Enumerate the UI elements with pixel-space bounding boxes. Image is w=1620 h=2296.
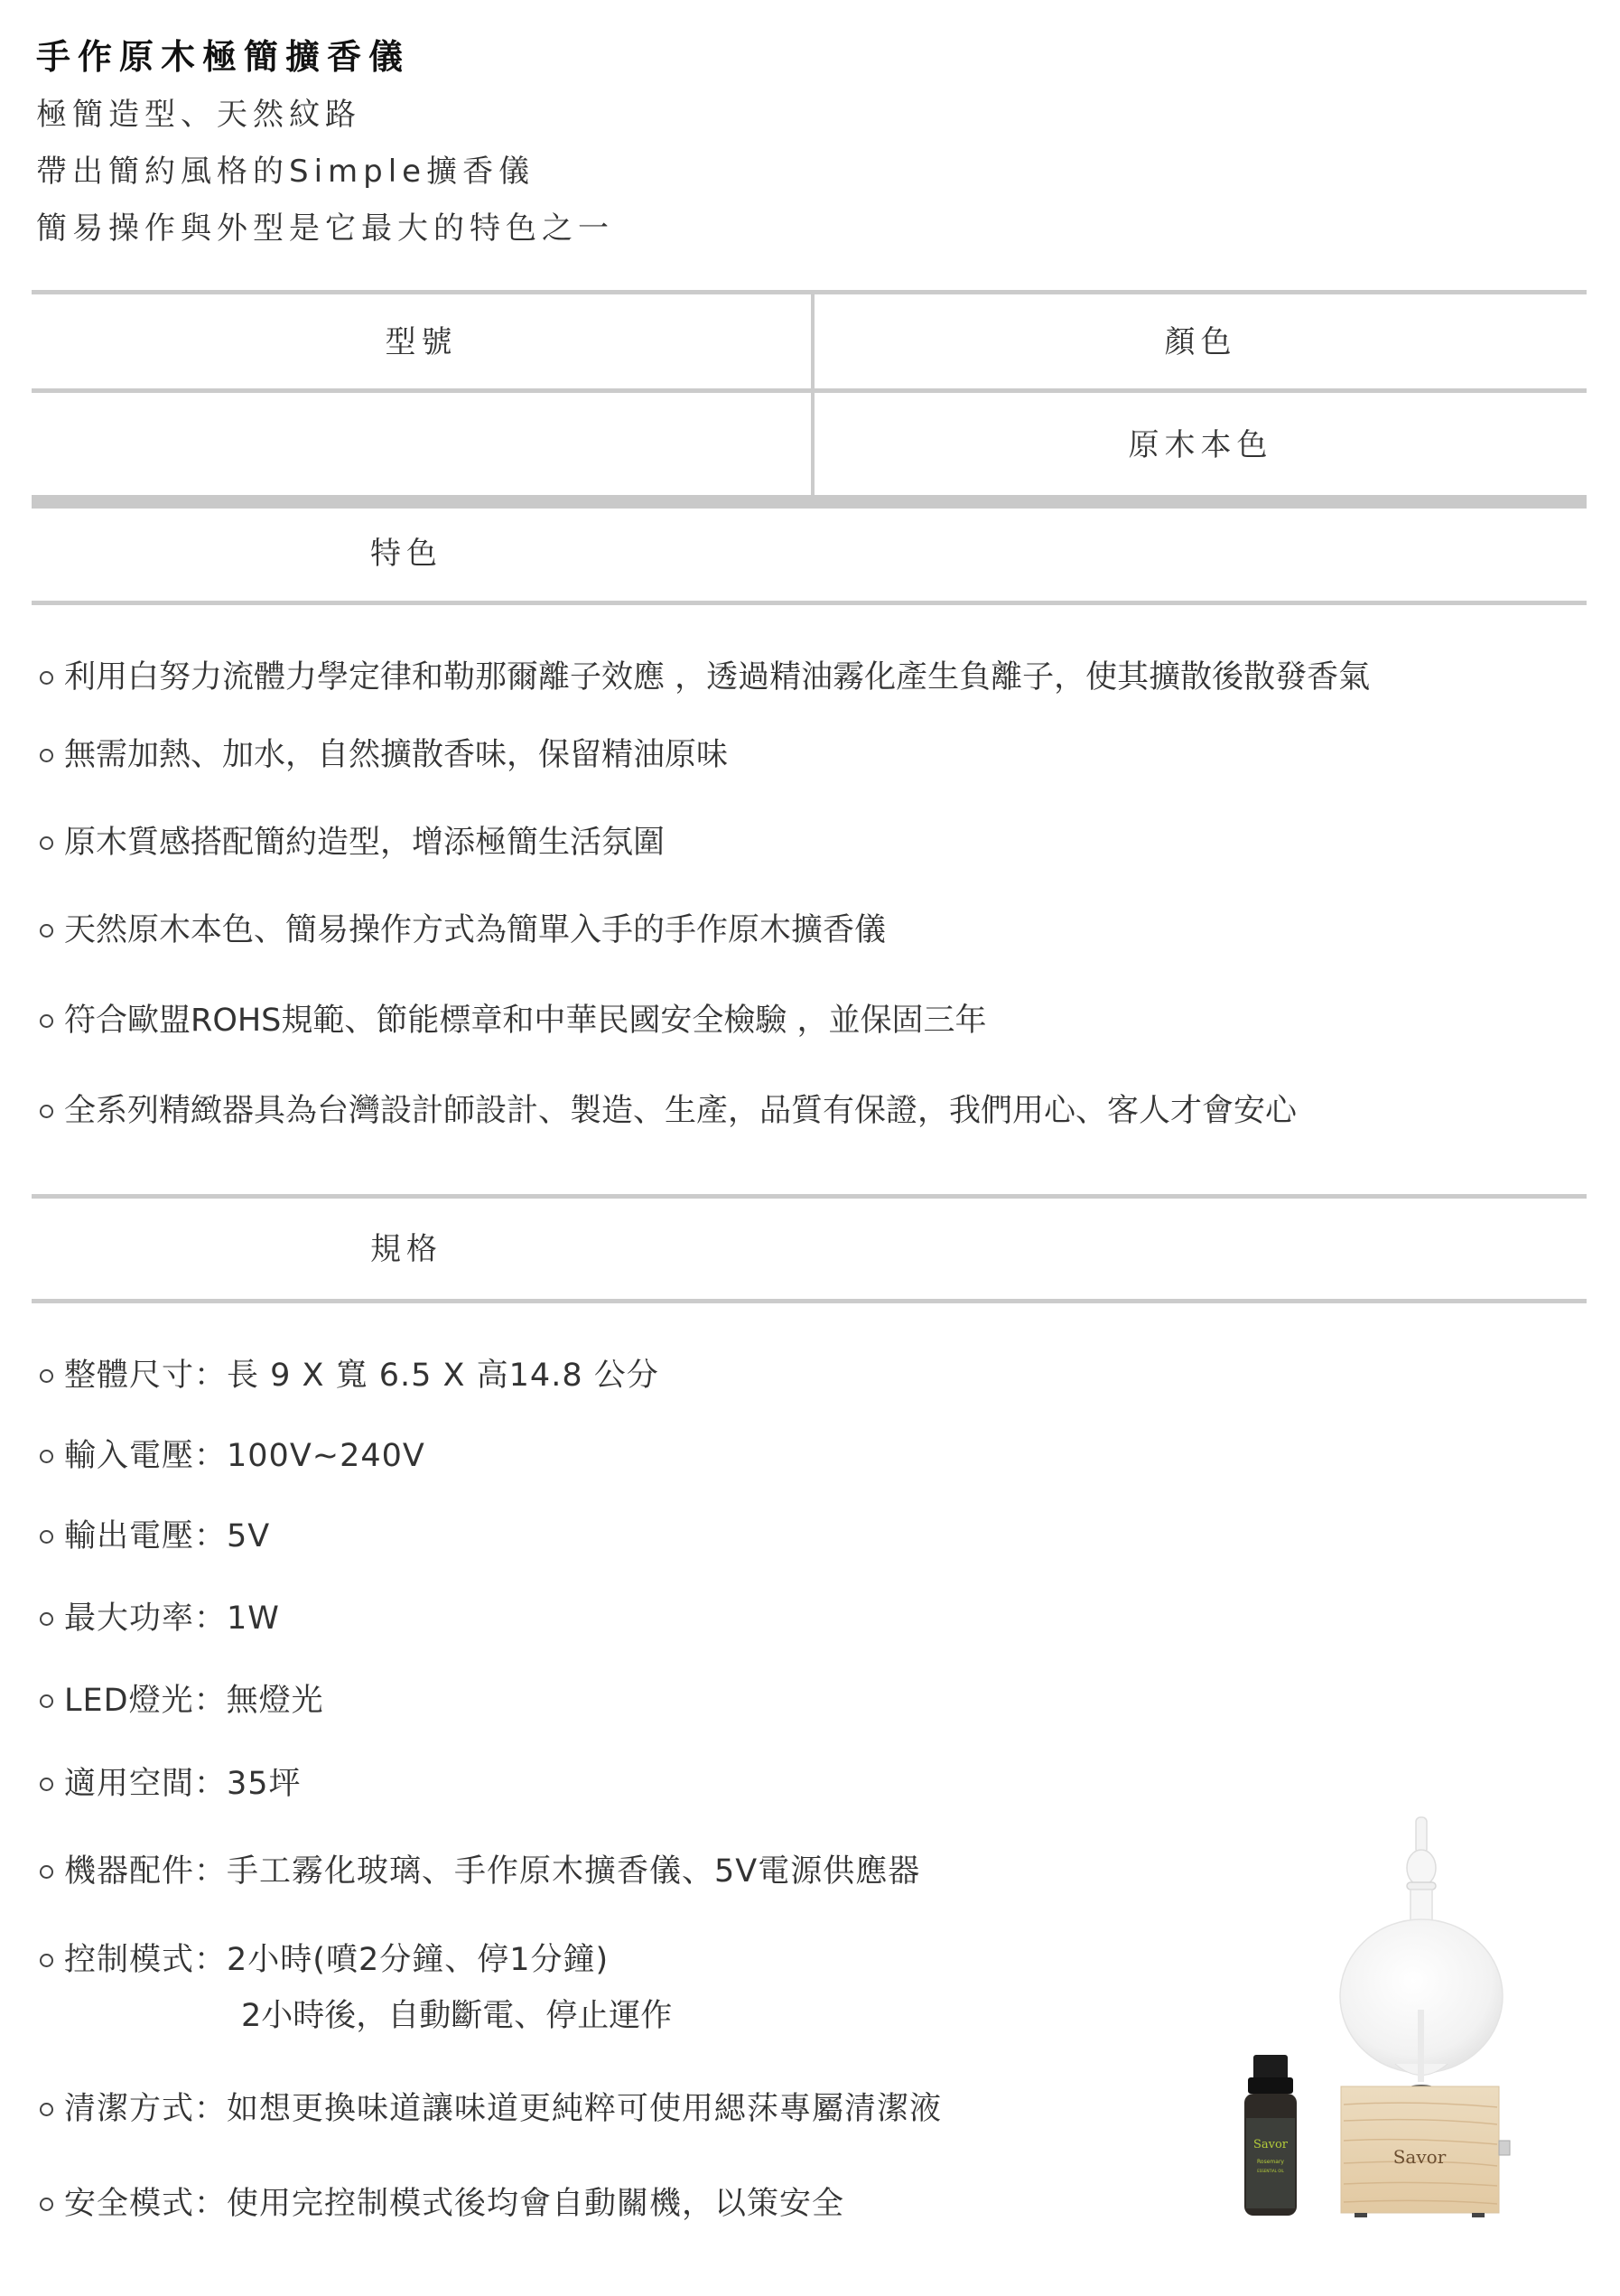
bullet-icon [40,836,53,850]
bottle-label-sub: ESSENTIAL OIL [1257,2169,1284,2173]
specs-rule [32,1299,1587,1303]
feature-item: 利用白努力流體力學定律和勒那爾離子效應 ，透過精油霧化產生負離子，使其擴散後散發… [36,656,1370,699]
bullet-icon [40,1105,53,1118]
table-top-rule [32,290,1587,294]
spec-item-input-voltage: 輸入電壓：100V~240V [36,1434,425,1478]
feature-item: 原木質感搭配簡約造型，增添極簡生活氛圍 [36,821,665,864]
bottle-label-name: Rosemary [1257,2159,1284,2165]
product-image: Savor Savor Rosemary ESSENTIAL OIL [1210,1806,1571,2240]
bottle-brand-logo: Savor [1253,2138,1289,2151]
bullet-icon [40,2198,53,2211]
diffuser-illustration: Savor Savor Rosemary ESSENTIAL OIL [1210,1806,1571,2240]
bullet-icon [40,1954,53,1967]
bullet-icon [40,1369,53,1383]
subtitle-line-2: 帶出簡約風格的Simple擴香儀 [36,151,535,192]
features-heading: 特色 [370,533,442,574]
feature-item: 符合歐盟ROHS規範、節能標章和中華民國安全檢驗 ，並保固三年 [36,999,987,1042]
spec-item-power: 最大功率：1W [36,1597,280,1640]
bullet-icon [40,1014,53,1028]
column-header-model: 型號 [32,322,811,363]
spec-item-control-mode: 控制模式：2小時(噴2分鐘、停1分鐘) [36,1938,609,1982]
feature-item: 天然原木本色、簡易操作方式為簡單入手的手作原木擴香儀 [36,909,886,952]
bullet-icon [40,1694,53,1708]
subtitle-line-1: 極簡造型、天然紋路 [36,94,361,135]
specs-heading: 規格 [370,1228,442,1270]
feature-item: 無需加熱、加水，自然擴散香味，保留精油原味 [36,733,728,777]
feature-item: 全系列精緻器具為台灣設計師設計、製造、生產，品質有保證，我們用心、客人才會安心 [36,1089,1297,1133]
bullet-icon [40,1612,53,1626]
spec-item-cleaning: 清潔方式：如想更換味道讓味道更純粹可使用緦莯專屬清潔液 [36,2087,942,2131]
cell-color-value: 原木本色 [815,425,1587,466]
features-rule [32,601,1587,605]
bullet-icon [40,1530,53,1544]
specs-top-rule [32,1194,1587,1199]
spec-item-led: LED燈光：無燈光 [36,1679,324,1722]
spec-item-accessories: 機器配件：手工霧化玻璃、手作原木擴香儀、5V電源供應器 [36,1850,920,1893]
spec-item-space: 適用空間：35坪 [36,1762,302,1806]
spec-control-mode-continuation: 2小時後，自動斷電、停止運作 [241,1994,672,2038]
table-header-rule [32,388,1587,393]
table-bottom-band [32,495,1587,509]
base-brand-logo: Savor [1393,2146,1447,2168]
bullet-icon [40,1450,53,1463]
bullet-icon [40,1865,53,1879]
spec-item-size: 整體尺寸：長 9 X 寬 6.5 X 高14.8 公分 [36,1354,659,1397]
product-title: 手作原木極簡擴香儀 [36,34,410,79]
spec-item-output-voltage: 輸出電壓：5V [36,1515,270,1558]
subtitle-line-3: 簡易操作與外型是它最大的特色之一 [36,208,614,249]
spec-item-safety: 安全模式：使用完控制模式後均會自動關機，以策安全 [36,2182,844,2226]
bullet-icon [40,1778,53,1791]
bullet-icon [40,749,53,762]
column-header-color: 顏色 [815,322,1587,363]
bullet-icon [40,924,53,938]
bullet-icon [40,2103,53,2116]
bullet-icon [40,671,53,685]
